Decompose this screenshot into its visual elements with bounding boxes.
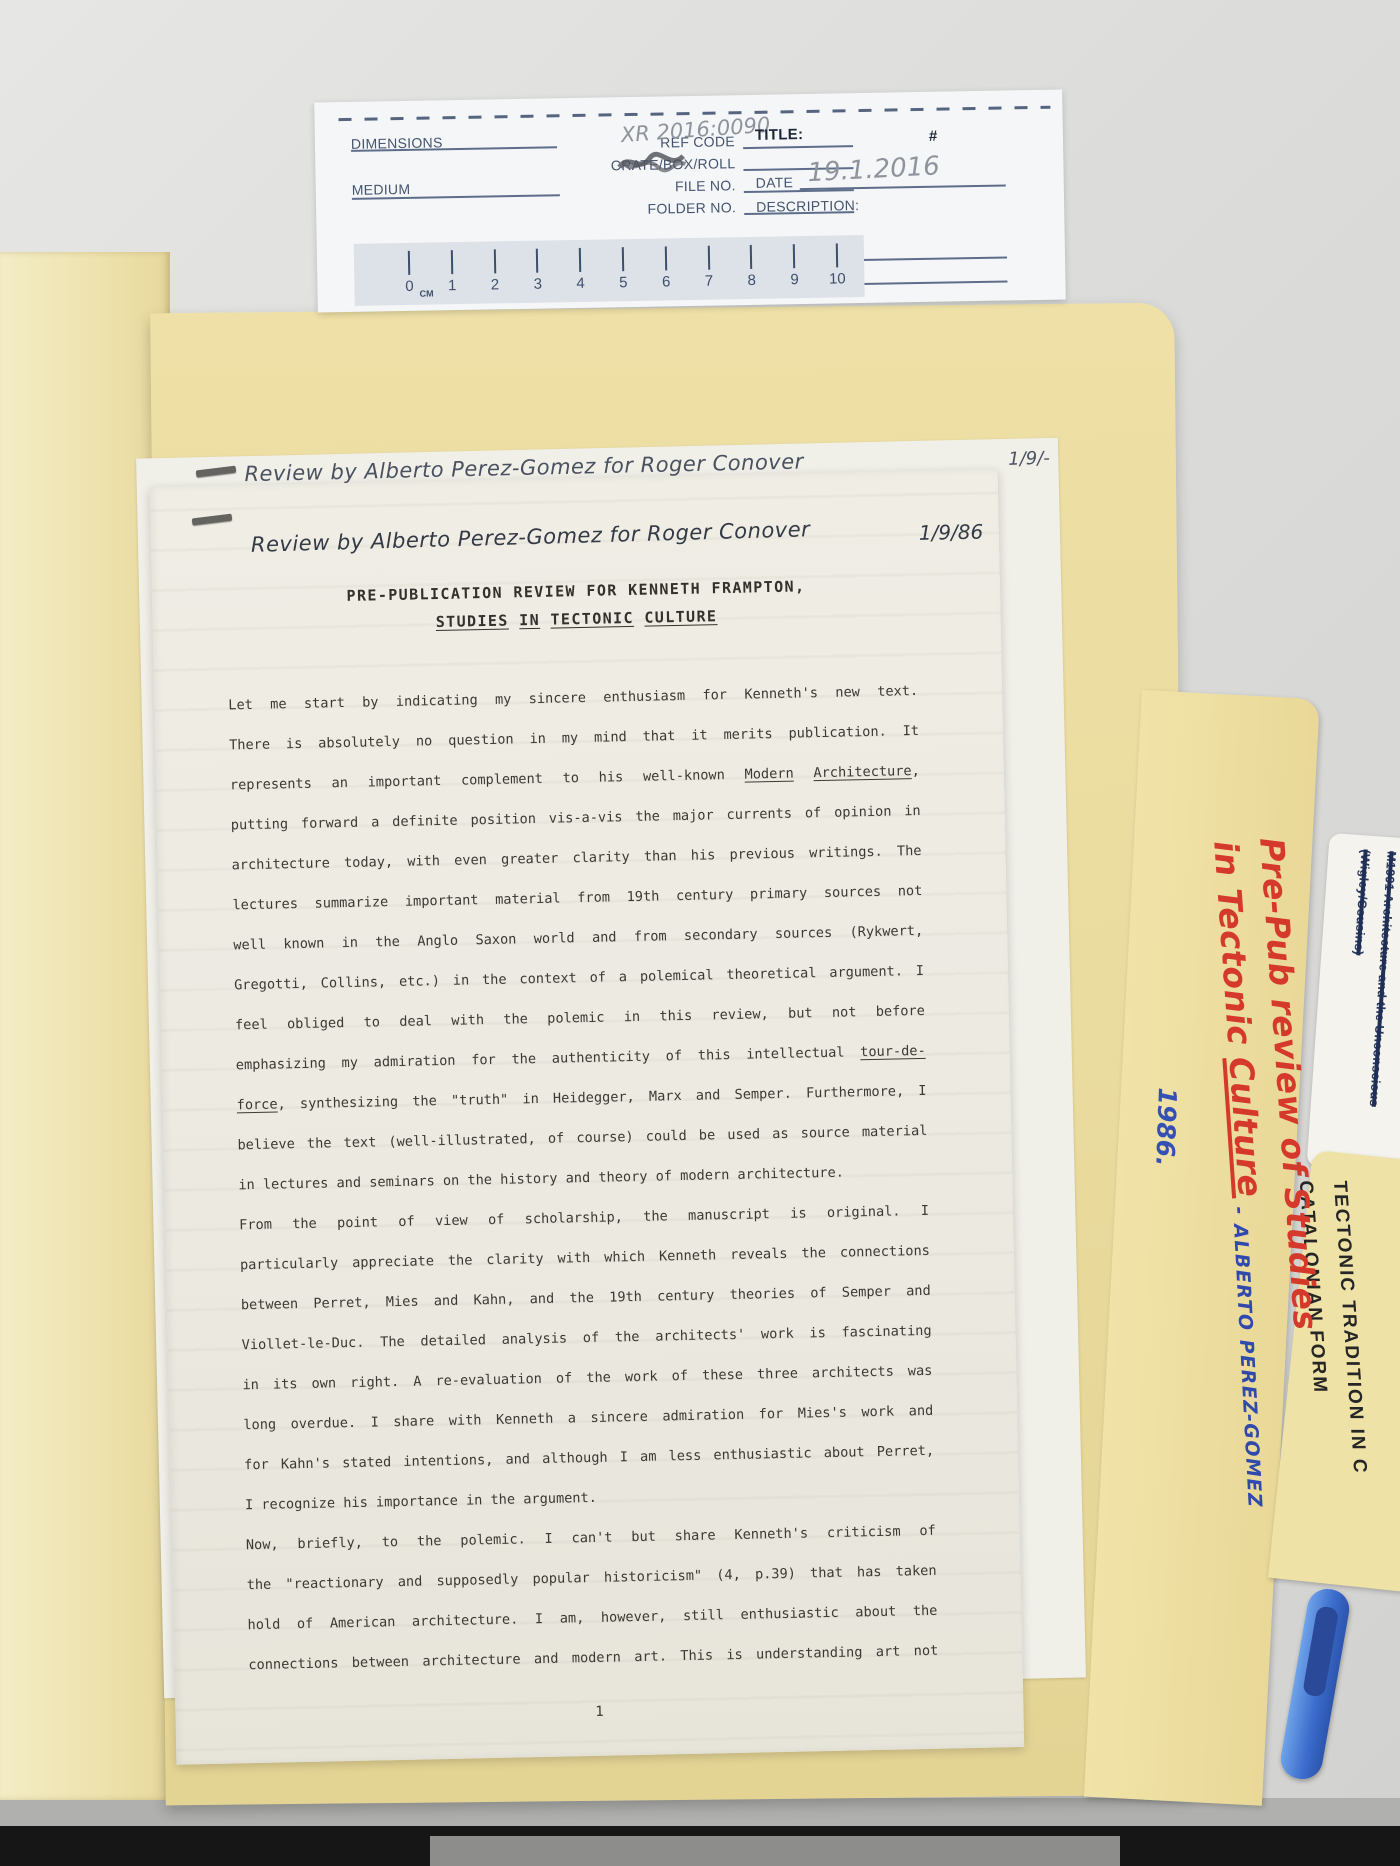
ruler-tick: 1 [446, 250, 459, 294]
tick-number: 4 [576, 275, 585, 292]
folder-no-label: FOLDER NO. [576, 199, 736, 218]
typed-review-page: Review by Alberto Perez-Gomez for Roger … [150, 469, 1025, 1764]
tick-mark [750, 245, 752, 269]
ruler-tick: 2 [488, 249, 501, 293]
tick-mark [451, 250, 453, 274]
tick-mark [579, 248, 581, 272]
tick-mark [665, 246, 667, 270]
tick-number: 7 [705, 273, 714, 290]
tick-mark [836, 243, 838, 267]
ruler-tick: 10 [831, 243, 844, 287]
ruler-tick: 9 [788, 244, 801, 288]
ruler-tick: 6 [660, 246, 673, 290]
tick-number: 3 [533, 276, 542, 293]
tick-mark [707, 246, 709, 270]
ruler-tick: 8 [745, 245, 758, 289]
handwritten-header-note: Review by Alberto Perez-Gomez for Roger … [251, 517, 811, 557]
ruler-tick: 0 [403, 251, 416, 295]
tick-number: 10 [829, 270, 846, 287]
tick-number: 5 [619, 274, 628, 291]
blue-pen [1278, 1586, 1353, 1782]
tick-mark [622, 247, 624, 271]
document-title-line2: STUDIES IN TECTONIC CULTURE [152, 601, 1000, 637]
handwritten-header-date: 1/9/86 [919, 520, 984, 545]
crossed-out-label-sticker: M1991 Architecture and the Unconscious (… [1306, 833, 1400, 1173]
paragraph-2: From the point of view of scholarship, t… [239, 1191, 936, 1525]
ruler-tick: 4 [574, 248, 587, 292]
cm-ruler: 0 1 2 3 4 [403, 243, 844, 295]
tick-number: 1 [448, 277, 457, 294]
medium-label: MEDIUM [352, 181, 411, 198]
page-number: 1 [175, 1695, 1023, 1729]
date-label: DATE [756, 174, 794, 191]
behind-sheet-date: 1/9/- [1008, 448, 1050, 470]
cm-unit-label: CM [419, 288, 433, 298]
tick-number: 0 [405, 278, 414, 295]
description-label: DESCRIPTION: [756, 197, 859, 215]
scribble [615, 148, 689, 177]
title-label: TITLE: [755, 126, 804, 144]
paragraph-1: Let me start by indicating my sincere en… [228, 671, 929, 1205]
ruler-tick: 5 [617, 247, 630, 291]
ref-code-line [743, 145, 853, 149]
archival-reference-card: DIMENSIONS MEDIUM REF CODE XR 2016:0090 … [314, 89, 1066, 312]
ref-code-value-pencil: XR 2016:0090 [620, 113, 771, 147]
under-table-object [430, 1836, 1120, 1866]
tick-number: 9 [790, 271, 799, 288]
hash-symbol: # [929, 128, 938, 145]
date-value-pencil: 19.1.2016 [807, 151, 941, 188]
tick-mark [408, 251, 410, 275]
ruler-tick: 3 [531, 249, 544, 293]
ruler-tick: 7 [702, 246, 715, 290]
paragraph-3: Now, briefly, to the polemic. I can't bu… [245, 1511, 938, 1685]
tick-mark [536, 249, 538, 273]
typed-body: Let me start by indicating my sincere en… [228, 671, 939, 1685]
tick-number: 2 [491, 276, 500, 293]
tick-mark [793, 244, 795, 268]
blue-year-annotation: 1986. [1150, 1087, 1182, 1167]
pen-clip [1302, 1605, 1339, 1697]
archive-photo: Pre-Pub review of Studies in Tectonic Cu… [0, 0, 1400, 1866]
tick-mark [493, 249, 495, 273]
tick-number: 6 [662, 273, 671, 290]
file-no-label: FILE NO. [576, 177, 736, 196]
tick-number: 8 [747, 272, 756, 289]
